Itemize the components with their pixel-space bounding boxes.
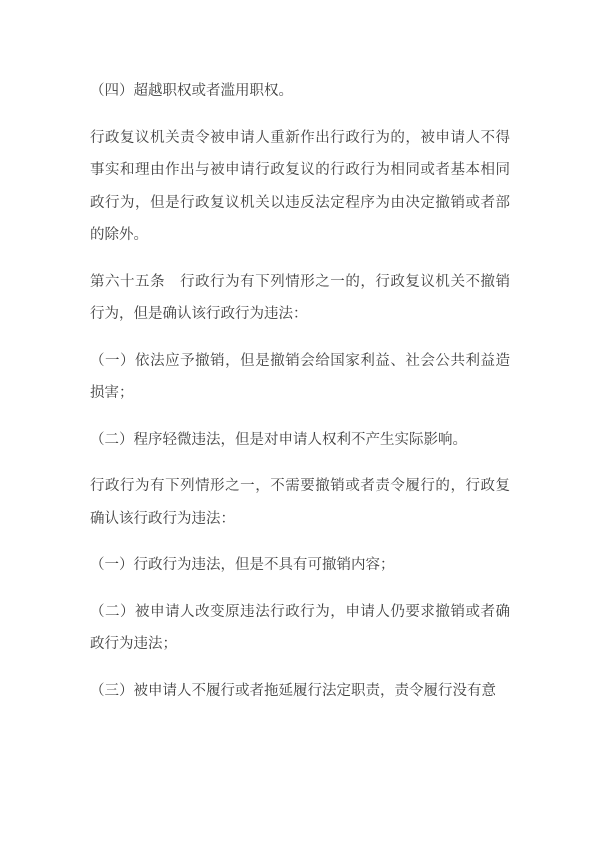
paragraph: （二）程序轻微违法，但是对申请人权利不产生实际影响。: [90, 424, 510, 457]
text-line: （二）程序轻微违法，但是对申请人权利不产生实际影响。: [90, 424, 510, 457]
text-line: 的除外。: [90, 219, 510, 252]
text-line: （二）被申请人改变原违法行政行为，申请人仍要求撤销或者确认该行: [90, 596, 510, 629]
paragraph: （一）依法应予撤销，但是撤销会给国家利益、社会公共利益造成重大 损害；: [90, 345, 510, 410]
text-line: 政行为，但是行政复议机关以违反法定程序为由决定撤销或者部分撤销: [90, 187, 510, 220]
text-line: （四）超越职权或者滥用职权。: [90, 75, 510, 108]
paragraph: （四）超越职权或者滥用职权。: [90, 75, 510, 108]
text-line: 行为，但是确认该行政行为违法：: [90, 298, 510, 331]
text-line: 第六十五条 行政行为有下列情形之一的，行政复议机关不撤销该行政: [90, 266, 510, 299]
paragraph: （二）被申请人改变原违法行政行为，申请人仍要求撤销或者确认该行 政行为违法；: [90, 596, 510, 661]
document-page: （四）超越职权或者滥用职权。 行政复议机关责令被申请人重新作出行政行为的，被申请…: [0, 0, 600, 848]
text-line: （三）被申请人不履行或者拖延履行法定职责，责令履行没有意义。: [90, 675, 510, 708]
paragraph: 行政行为有下列情形之一，不需要撤销或者责令履行的，行政复议机关 确认该行政行为违…: [90, 470, 510, 535]
text-line: 事实和理由作出与被申请行政复议的行政行为相同或者基本相同的行: [90, 154, 510, 187]
paragraph-article-65: 第六十五条 行政行为有下列情形之一的，行政复议机关不撤销该行政 行为，但是确认该…: [90, 266, 510, 331]
text-line: 行政行为有下列情形之一，不需要撤销或者责令履行的，行政复议机关: [90, 470, 510, 503]
paragraph: （一）行政行为违法，但是不具有可撤销内容；: [90, 549, 510, 582]
text-line: 确认该行政行为违法：: [90, 503, 510, 536]
paragraph: （三）被申请人不履行或者拖延履行法定职责，责令履行没有意义。: [90, 675, 510, 708]
text-line: 政行为违法；: [90, 628, 510, 661]
text-line: （一）行政行为违法，但是不具有可撤销内容；: [90, 549, 510, 582]
paragraph: 行政复议机关责令被申请人重新作出行政行为的，被申请人不得以同一 事实和理由作出与…: [90, 122, 510, 252]
text-line: 行政复议机关责令被申请人重新作出行政行为的，被申请人不得以同一: [90, 122, 510, 155]
text-line: （一）依法应予撤销，但是撤销会给国家利益、社会公共利益造成重大: [90, 345, 510, 378]
text-line: 损害；: [90, 377, 510, 410]
